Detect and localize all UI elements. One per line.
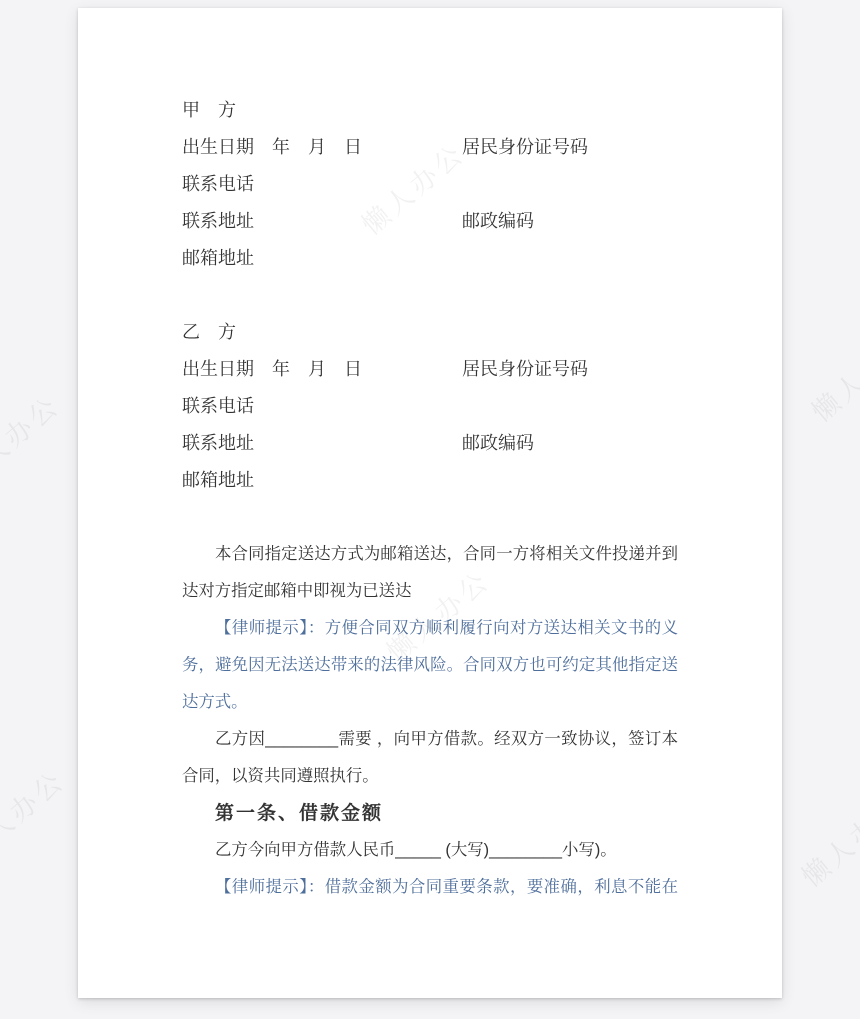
field-row: 出生日期 年 月 日居民身份证号码 bbox=[182, 351, 678, 388]
field-label-right: 居民身份证号码 bbox=[462, 129, 588, 166]
document-page: 甲 方出生日期 年 月 日居民身份证号码联系电话联系地址邮政编码邮箱地址乙 方出… bbox=[78, 8, 782, 998]
document-content: 甲 方出生日期 年 月 日居民身份证号码联系电话联系地址邮政编码邮箱地址乙 方出… bbox=[182, 92, 678, 906]
field-label: 邮箱地址 bbox=[182, 470, 254, 490]
paragraph-line: 乙方因________需要 ，向甲方借款。经双方一致协议，签订本 bbox=[182, 721, 678, 758]
field-label: 联系地址 bbox=[182, 433, 254, 453]
field-label: 联系地址 bbox=[182, 211, 254, 231]
lawyer-tip-line: 【律师提示】：方便合同双方顺利履行向对方送达相关文书的义 bbox=[182, 610, 678, 647]
paragraph-line: 本合同指定送达方式为邮箱送达，合同一方将相关文件投递并到 bbox=[182, 536, 678, 573]
blank-line bbox=[182, 499, 678, 536]
field-row: 联系地址邮政编码 bbox=[182, 425, 678, 462]
field-label: 出生日期 年 月 日 bbox=[182, 359, 362, 379]
field-row: 联系电话 bbox=[182, 388, 678, 425]
field-row: 出生日期 年 月 日居民身份证号码 bbox=[182, 129, 678, 166]
field-label: 联系电话 bbox=[182, 174, 254, 194]
field-row: 联系电话 bbox=[182, 166, 678, 203]
paragraph-line: 达对方指定邮箱中即视为已送达 bbox=[182, 573, 678, 610]
lawyer-tip-line: 达方式。 bbox=[182, 684, 678, 721]
field-label: 联系电话 bbox=[182, 396, 254, 416]
paragraph-line: 合同，以资共同遵照执行。 bbox=[182, 758, 678, 795]
blank-line bbox=[182, 277, 678, 314]
field-row: 邮箱地址 bbox=[182, 240, 678, 277]
watermark-text: 懒人办公 bbox=[802, 320, 860, 430]
party-title: 甲 方 bbox=[182, 92, 678, 129]
field-row: 邮箱地址 bbox=[182, 462, 678, 499]
field-label: 出生日期 年 月 日 bbox=[182, 137, 362, 157]
lawyer-tip-line: 【律师提示】：借款金额为合同重要条款，要准确，利息不能在 bbox=[182, 869, 678, 906]
watermark-text: 懒人办公 bbox=[0, 385, 67, 495]
watermark-text: 懒人办公 bbox=[0, 760, 72, 870]
paragraph-line: 乙方今向甲方借款人民币_____ (大写)________小写)。 bbox=[182, 832, 678, 869]
field-label-right: 邮政编码 bbox=[462, 203, 534, 240]
app-background: 甲 方出生日期 年 月 日居民身份证号码联系电话联系地址邮政编码邮箱地址乙 方出… bbox=[0, 0, 860, 1019]
field-label-right: 邮政编码 bbox=[462, 425, 534, 462]
field-label: 邮箱地址 bbox=[182, 248, 254, 268]
party-title: 乙 方 bbox=[182, 314, 678, 351]
field-label-right: 居民身份证号码 bbox=[462, 351, 588, 388]
watermark-text: 懒人办公 bbox=[792, 785, 860, 895]
field-row: 联系地址邮政编码 bbox=[182, 203, 678, 240]
lawyer-tip-line: 务，避免因无法送达带来的法律风险。合同双方也可约定其他指定送 bbox=[182, 647, 678, 684]
clause-heading: 第一条、借款金额 bbox=[182, 795, 678, 832]
